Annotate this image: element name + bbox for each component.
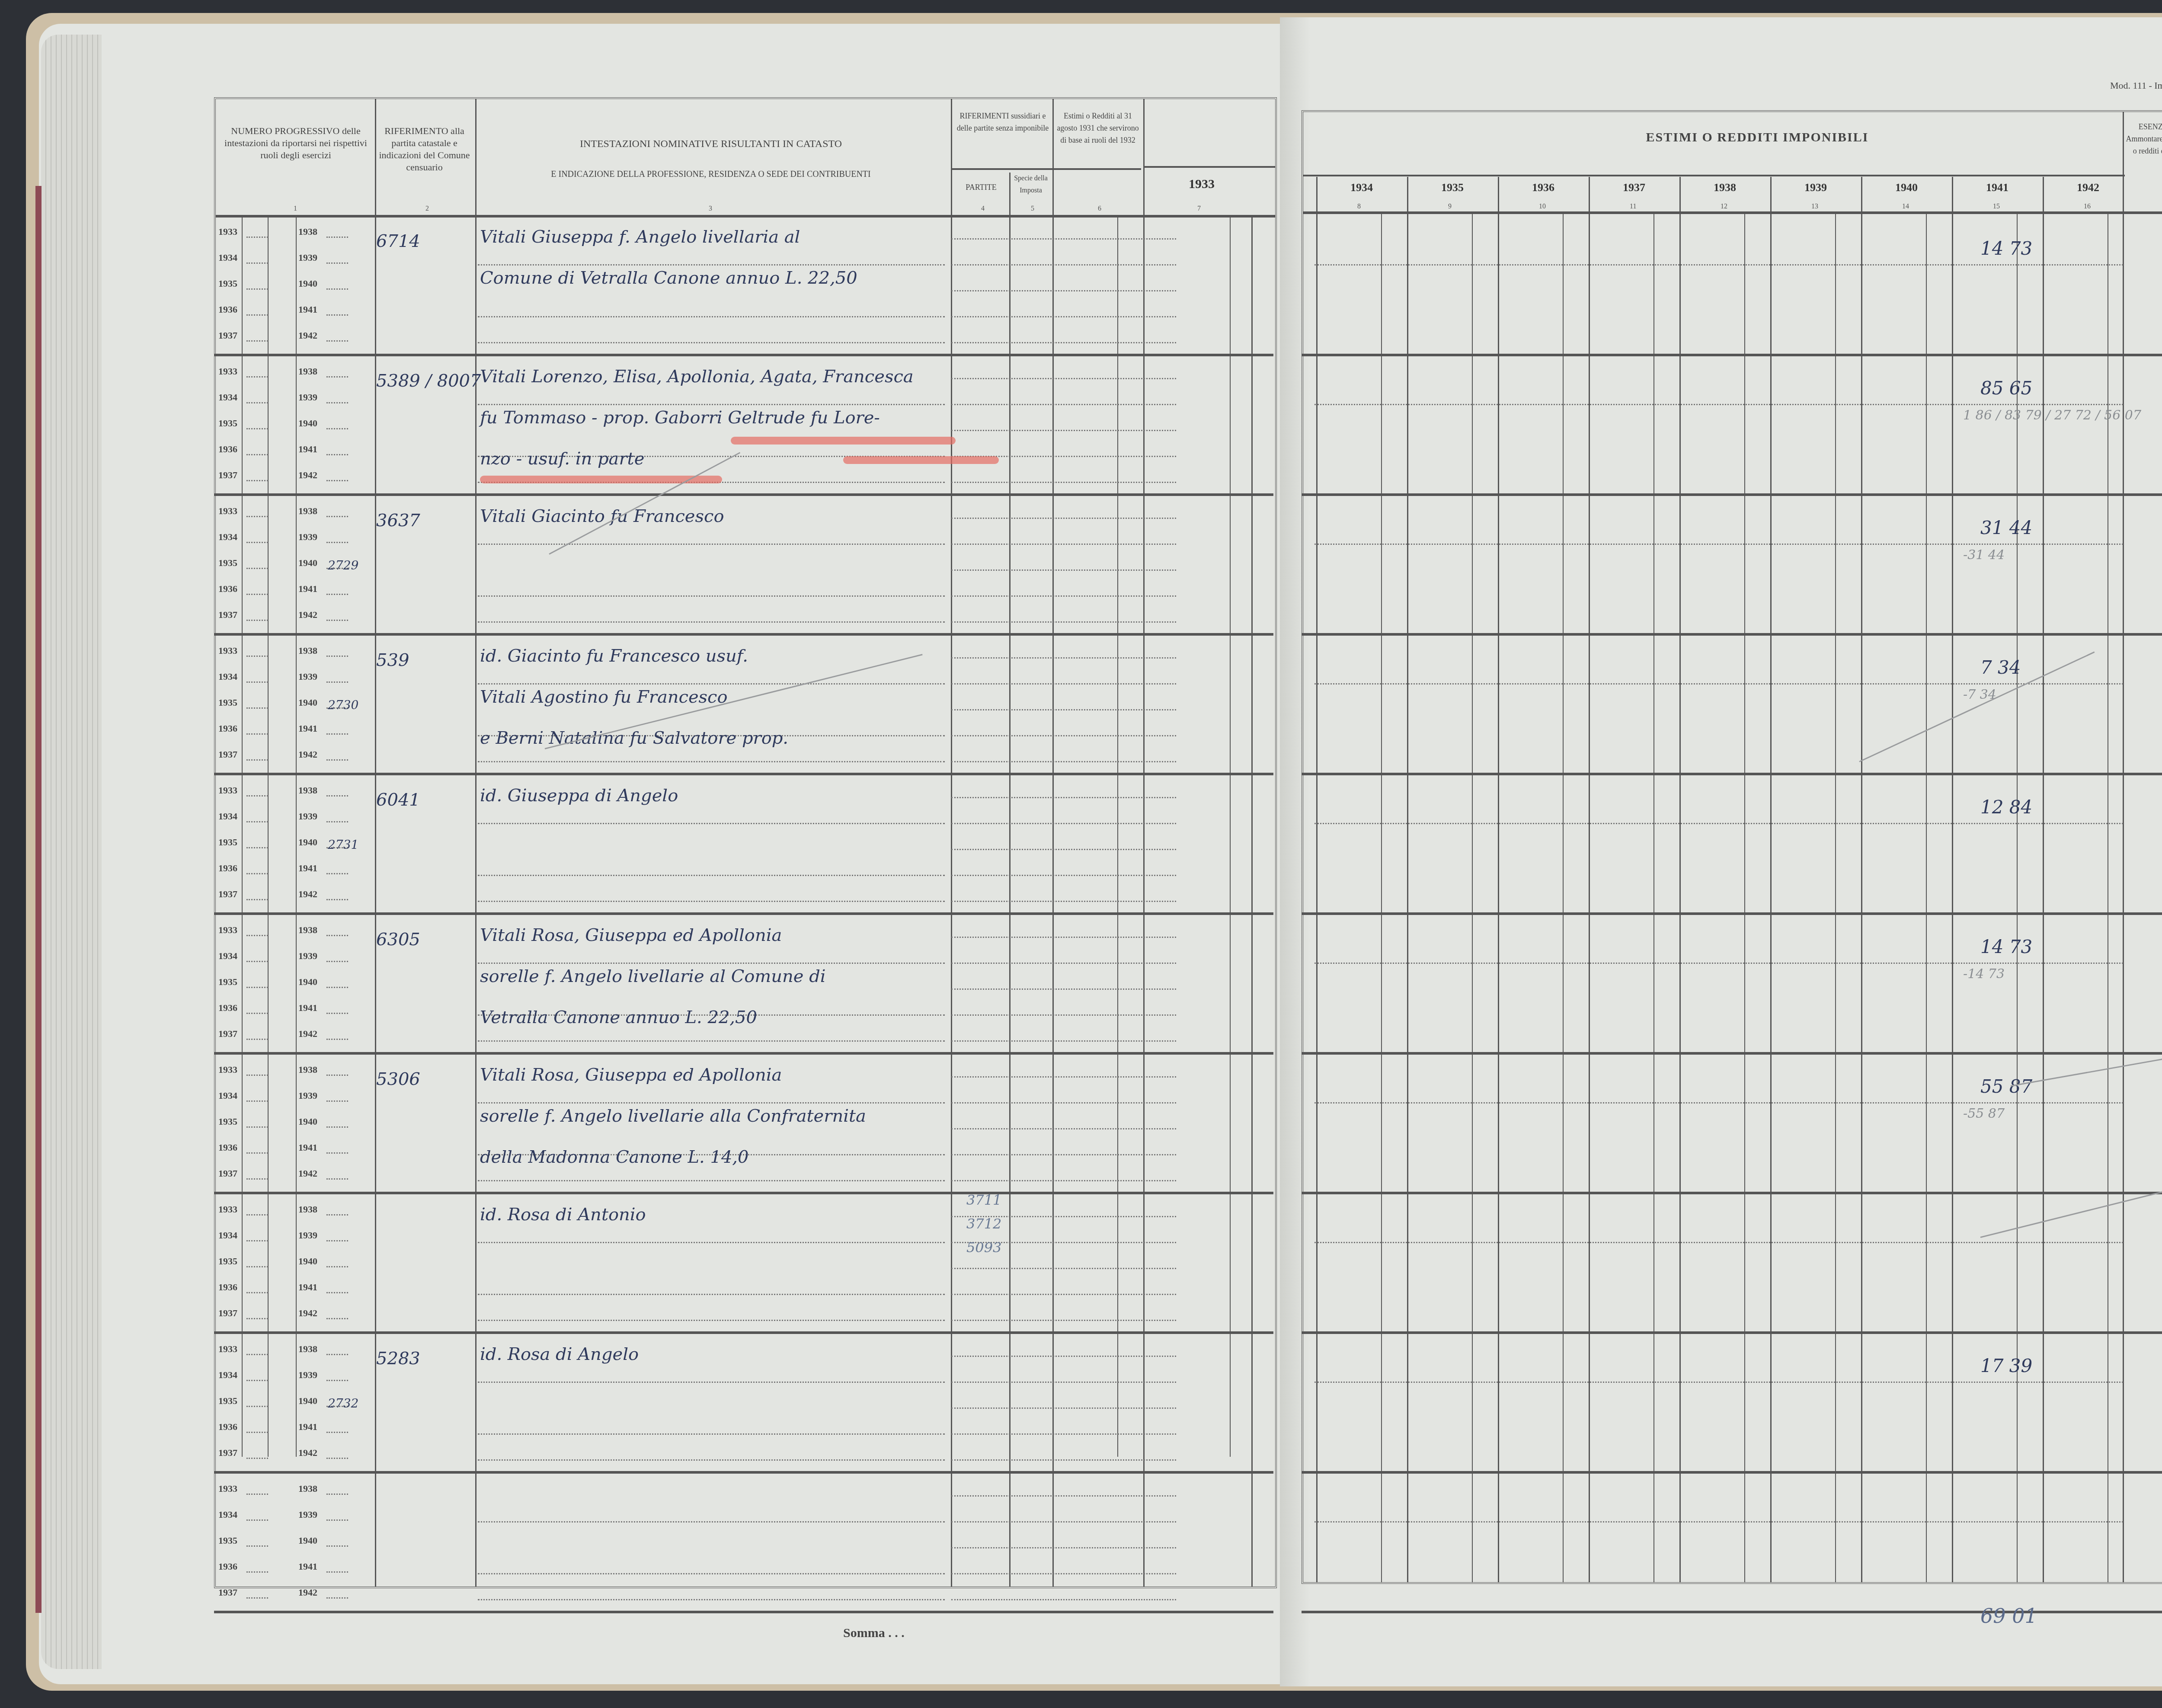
header-intestazioni: INTESTAZIONI NOMINATIVE RISULTANTI IN CA… (484, 138, 938, 150)
year-label: 1937 (218, 470, 237, 481)
intestazione-line: Vitali Rosa, Giuseppa ed Apollonia (480, 925, 782, 945)
intestazione-line: Vitali Lorenzo, Elisa, Apollonia, Agata,… (480, 367, 914, 387)
year-label: 1933 (218, 505, 237, 517)
year-label: 1933 (218, 226, 237, 237)
register-entry: 1933193819341939193519401936194119371942… (0, 1192, 2162, 1331)
col-number: 5 (1031, 205, 1034, 213)
partita-number: 6714 (376, 231, 420, 251)
col-number: 13 (1811, 203, 1818, 211)
col-number: 15 (1993, 203, 2000, 211)
register-entry: 1933193819341939193519401936194119371942… (0, 633, 2162, 773)
year-label: 1942 (298, 1168, 317, 1179)
year-label: 1940 (298, 1256, 317, 1267)
col-number: 11 (1630, 203, 1636, 211)
year-label: 1941 (298, 444, 317, 455)
year-label: 1933 (218, 1064, 237, 1075)
year-label: 1941 (298, 1561, 317, 1572)
year-label: 1934 (218, 1090, 237, 1101)
side-reference: 2730 (328, 698, 358, 712)
year-label: 1938 (298, 645, 317, 656)
value-1941: 14 73 (1980, 238, 2032, 259)
year-label: 1935 (218, 697, 237, 708)
col-number: 12 (1721, 203, 1727, 211)
year-label: 1934 (218, 1509, 237, 1520)
year-label: 1941 (298, 304, 317, 315)
form-code: Mod. 111 - Imposte Dirette (Intercalare)… (2110, 80, 2162, 91)
year-header-1941: 1941 (1952, 181, 2043, 194)
year-label: 1937 (218, 1168, 237, 1179)
intestazione-line: Vetralla Canone annuo L. 22,50 (480, 1008, 757, 1027)
year-label: 1941 (298, 1421, 317, 1433)
register-entry: 1933193819341939193519401936194119371942 (0, 1471, 2162, 1611)
col-number: 1 (294, 205, 297, 213)
header-partite: PARTITE (953, 181, 1009, 193)
year-header-1942: 1942 (2043, 181, 2133, 194)
year-label: 1934 (218, 1230, 237, 1241)
somma-total-1941: 69 01 (1980, 1604, 2037, 1628)
header-numero-progressivo: NUMERO PROGRESSIVO delle intestazioni da… (220, 125, 371, 161)
partita-number: 539 (376, 650, 409, 670)
year-label: 1942 (298, 1308, 317, 1319)
year-label: 1939 (298, 1230, 317, 1241)
year-label: 1940 (298, 418, 317, 429)
register-entry: 1933193819341939193519401936194119371942… (0, 773, 2162, 912)
year-header-1938: 1938 (1679, 181, 1770, 194)
value-1941: 7 34 (1980, 657, 2021, 678)
year-label: 1936 (218, 583, 237, 595)
intestazione-line: sorelle f. Angelo livellarie alla Confra… (480, 1106, 866, 1126)
year-label: 1935 (218, 557, 237, 569)
intestazione-line: Comune di Vetralla Canone annuo L. 22,50 (480, 268, 857, 288)
col-number: 10 (1539, 203, 1546, 211)
partite-reference: 3712 (966, 1215, 1001, 1232)
intestazione-line: sorelle f. Angelo livellarie al Comune d… (480, 966, 826, 986)
value-1941: 85 65 (1980, 377, 2032, 399)
value-1941-pencil: -55 87 (1963, 1106, 2005, 1121)
register-entry: 1933193819341939193519401936194119371942… (0, 493, 2162, 633)
year-header-1935: 1935 (1407, 181, 1498, 194)
header-estimi-redditi: ESTIMI O REDDITI IMPONIBILI (1346, 131, 2162, 144)
year-label: 1940 (298, 557, 317, 569)
intestazione-line: id. Rosa di Antonio (480, 1205, 646, 1225)
year-label: 1940 (298, 1116, 317, 1127)
year-label: 1936 (218, 304, 237, 315)
year-label: 1937 (218, 749, 237, 760)
year-label: 1942 (298, 1028, 317, 1040)
year-label: 1936 (218, 1282, 237, 1293)
year-label: 1942 (298, 749, 317, 760)
header-estimi-1931: Estimi o Redditi al 31 agosto 1931 che s… (1055, 110, 1141, 146)
year-label: 1935 (218, 1395, 237, 1407)
year-label: 1938 (298, 366, 317, 377)
header-specie: Specie della Imposta (1011, 173, 1050, 197)
year-label: 1937 (218, 1587, 237, 1598)
red-strikethrough (843, 456, 999, 464)
year-label: 1938 (298, 1343, 317, 1355)
year-label: 1940 (298, 1535, 317, 1546)
partita-number: 6041 (376, 790, 420, 810)
year-label: 1935 (218, 976, 237, 988)
year-label: 1942 (298, 609, 317, 621)
year-label: 1934 (218, 671, 237, 682)
red-strikethrough (480, 476, 722, 483)
partite-reference: 5093 (966, 1239, 1001, 1256)
year-label: 1938 (298, 505, 317, 517)
col-number: 4 (981, 205, 985, 213)
col-number: 7 (1197, 205, 1201, 213)
intestazione-line: e Berni Natalina fu Salvatore prop. (480, 728, 788, 748)
year-label: 1938 (298, 924, 317, 936)
value-1941: 31 44 (1980, 517, 2032, 538)
year-label: 1933 (218, 1343, 237, 1355)
year-label: 1933 (218, 366, 237, 377)
year-label: 1940 (298, 697, 317, 708)
year-label: 1935 (218, 1116, 237, 1127)
year-label: 1938 (298, 1064, 317, 1075)
year-label: 1939 (298, 252, 317, 263)
value-1941-pencil: 1 86 / 83 79 / 27 72 / 56 07 (1963, 408, 2141, 423)
header-riferimenti: RIFERIMENTI sussidiari e delle partite s… (953, 110, 1052, 134)
year-label: 1942 (298, 889, 317, 900)
year-header-1940: 1940 (1861, 181, 1952, 194)
year-label: 1933 (218, 924, 237, 936)
intestazione-line: Vitali Agostino fu Francesco (480, 687, 728, 707)
partita-number: 6305 (376, 930, 420, 950)
register-entry: 1933193819341939193519401936194119371942… (0, 214, 2162, 354)
year-label: 1937 (218, 1308, 237, 1319)
year-label: 1937 (218, 609, 237, 621)
somma-label: Somma . . . (843, 1626, 905, 1641)
partita-number: 5389 / 8007 (376, 371, 481, 391)
year-label: 1939 (298, 1369, 317, 1381)
year-label: 1939 (298, 1090, 317, 1101)
year-label: 1939 (298, 950, 317, 962)
partita-number: 3637 (376, 511, 420, 531)
year-label: 1942 (298, 1587, 317, 1598)
register-entry: 1933193819341939193519401936194119371942… (0, 354, 2162, 493)
col-number: 2 (425, 205, 429, 213)
col-number: 3 (709, 205, 712, 213)
year-label: 1938 (298, 226, 317, 237)
year-label: 1939 (298, 1509, 317, 1520)
year-label: 1938 (298, 1483, 317, 1494)
year-header-1936: 1936 (1498, 181, 1589, 194)
year-label: 1942 (298, 470, 317, 481)
year-label: 1942 (298, 1447, 317, 1459)
header-riferimento: RIFERIMENTO alla partita catastale e ind… (378, 125, 471, 173)
year-label: 1941 (298, 583, 317, 595)
year-label: 1935 (218, 1535, 237, 1546)
year-label: 1936 (218, 723, 237, 734)
year-label: 1938 (298, 785, 317, 796)
intestazione-line: della Madonna Canone L. 14,0 (480, 1147, 749, 1167)
year-label: 1937 (218, 330, 237, 341)
intestazione-line: nzo - usuf. in parte (480, 449, 644, 469)
col-number: 9 (1448, 203, 1452, 211)
year-label: 1936 (218, 1421, 237, 1433)
year-label: 1941 (298, 1282, 317, 1293)
year-label: 1940 (298, 976, 317, 988)
year-label: 1940 (298, 278, 317, 289)
intestazione-line: id. Giuseppa di Angelo (480, 786, 678, 806)
year-header-1934: 1934 (1316, 181, 1407, 194)
year-label: 1935 (218, 1256, 237, 1267)
intestazione-line: Vitali Giacinto fu Francesco (480, 506, 724, 526)
year-label: 1936 (218, 863, 237, 874)
year-label: 1934 (218, 1369, 237, 1381)
value-1941: 55 87 (1980, 1076, 2032, 1097)
side-reference: 2732 (328, 1396, 358, 1411)
register-entry: 1933193819341939193519401936194119371942… (0, 1331, 2162, 1471)
intestazione-line: Vitali Rosa, Giuseppa ed Apollonia (480, 1065, 782, 1085)
year-label: 1934 (218, 252, 237, 263)
col-number: 6 (1098, 205, 1101, 213)
year-label: 1934 (218, 811, 237, 822)
year-label: 1938 (298, 1204, 317, 1215)
year-label: 1939 (298, 392, 317, 403)
year-label: 1941 (298, 863, 317, 874)
partita-number: 5306 (376, 1069, 420, 1089)
side-reference: 2731 (328, 838, 358, 852)
year-label: 1936 (218, 1561, 237, 1572)
value-1941-pencil: -31 44 (1963, 547, 2005, 563)
year-label: 1942 (298, 330, 317, 341)
value-1941: 14 73 (1980, 936, 2032, 957)
partite-reference: 3711 (966, 1192, 1001, 1208)
intestazione-line: id. Giacinto fu Francesco usuf. (480, 646, 748, 666)
year-label: 1934 (218, 950, 237, 962)
header-esenzioni: ESENZIONI — Ammontare degli estimi o red… (2125, 121, 2162, 157)
register-entry: 1933193819341939193519401936194119371942… (0, 1052, 2162, 1192)
year-header-1939: 1939 (1770, 181, 1861, 194)
year-label: 1941 (298, 1142, 317, 1153)
year-label: 1940 (298, 837, 317, 848)
intestazione-line: id. Rosa di Angelo (480, 1344, 639, 1364)
year-label: 1936 (218, 1142, 237, 1153)
year-label: 1939 (298, 811, 317, 822)
year-label: 1934 (218, 531, 237, 543)
year-label: 1939 (298, 531, 317, 543)
year-label: 1933 (218, 1483, 237, 1494)
year-label: 1939 (298, 671, 317, 682)
value-1941: 17 39 (1980, 1355, 2032, 1376)
year-label: 1941 (298, 723, 317, 734)
year-label: 1934 (218, 392, 237, 403)
value-1941: 12 84 (1980, 796, 2032, 818)
year-label: 1941 (298, 1002, 317, 1014)
year-label: 1935 (218, 278, 237, 289)
side-reference: 2729 (328, 558, 358, 573)
col-number: 16 (2084, 203, 2091, 211)
intestazione-line: Vitali Giuseppa f. Angelo livellaria al (480, 227, 800, 247)
year-label: 1935 (218, 837, 237, 848)
intestazione-line: fu Tommaso - prop. Gaborri Geltrude fu L… (480, 408, 880, 428)
header-year-1933: 1933 (1145, 177, 1258, 192)
year-label: 1937 (218, 889, 237, 900)
year-label: 1933 (218, 1204, 237, 1215)
col-number: 8 (1357, 203, 1361, 211)
year-header-1937: 1937 (1589, 181, 1679, 194)
year-label: 1935 (218, 418, 237, 429)
col-number: 14 (1902, 203, 1909, 211)
year-label: 1936 (218, 444, 237, 455)
partita-number: 5283 (376, 1349, 420, 1369)
value-1941-pencil: -14 73 (1963, 966, 2005, 982)
year-label: 1936 (218, 1002, 237, 1014)
register-entry: 1933193819341939193519401936194119371942… (0, 912, 2162, 1052)
red-strikethrough (731, 437, 956, 445)
year-label: 1940 (298, 1395, 317, 1407)
header-intestazioni-sub: E INDICAZIONE DELLA PROFESSIONE, RESIDEN… (484, 168, 938, 180)
year-label: 1937 (218, 1028, 237, 1040)
year-label: 1937 (218, 1447, 237, 1459)
year-label: 1933 (218, 785, 237, 796)
year-label: 1933 (218, 645, 237, 656)
